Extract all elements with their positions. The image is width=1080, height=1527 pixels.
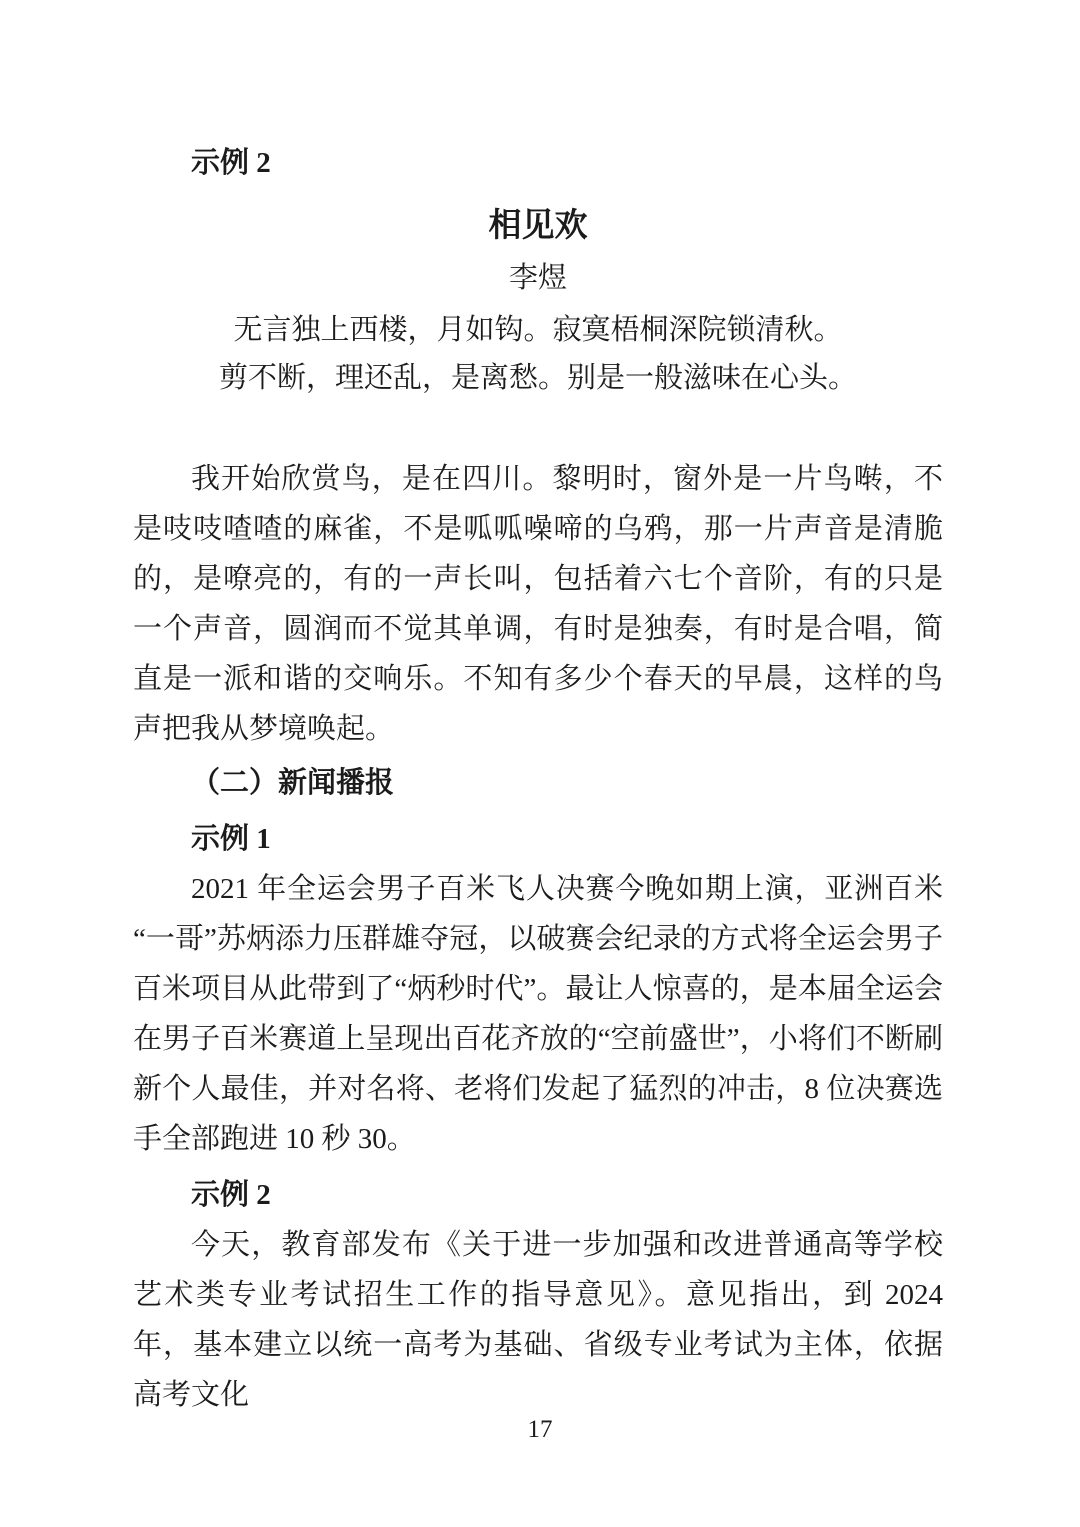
poetry-example-2-label: 示例 2 (133, 138, 943, 188)
prose-paragraph: 我开始欣赏鸟，是在四川。黎明时，窗外是一片鸟啭，不是吱吱喳喳的麻雀，不是呱呱噪啼… (133, 454, 943, 754)
poem-line-2: 剪不断，理还乱，是离愁。别是一般滋味在心头。 (133, 354, 943, 402)
poem-line-1: 无言独上西楼，月如钩。寂寞梧桐深院锁清秋。 (133, 306, 943, 354)
news-example-2-label: 示例 2 (133, 1170, 943, 1220)
news-example-1-paragraph: 2021 年全运会男子百米飞人决赛今晚如期上演，亚洲百米“一哥”苏炳添力压群雄夺… (133, 864, 943, 1164)
poem-title: 相见欢 (133, 204, 943, 248)
news-section-heading: （二）新闻播报 (133, 758, 943, 808)
news-example-2-paragraph: 今天，教育部发布《关于进一步加强和改进普通高等学校艺术类专业考试招生工作的指导意… (133, 1220, 943, 1420)
page-number: 17 (0, 1415, 1080, 1445)
poem-body: 无言独上西楼，月如钩。寂寞梧桐深院锁清秋。 剪不断，理还乱，是离愁。别是一般滋味… (133, 306, 943, 402)
poem-author: 李煜 (133, 256, 943, 300)
page-content: 示例 2 相见欢 李煜 无言独上西楼，月如钩。寂寞梧桐深院锁清秋。 剪不断，理还… (0, 0, 1080, 1420)
document-page: 示例 2 相见欢 李煜 无言独上西楼，月如钩。寂寞梧桐深院锁清秋。 剪不断，理还… (0, 0, 1080, 1527)
news-example-1-label: 示例 1 (133, 814, 943, 864)
